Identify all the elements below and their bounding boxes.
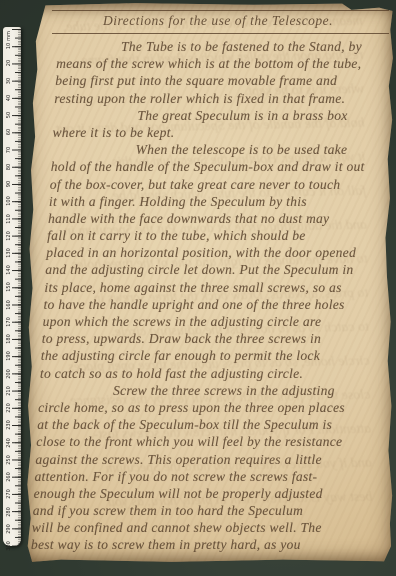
manuscript-line: placed in an horizontal position, with t… xyxy=(46,244,394,261)
ruler-tick-label: 270 xyxy=(6,488,12,500)
ruler-tick-label: 300 xyxy=(6,540,12,552)
ruler-tick-label: 90 xyxy=(6,178,12,190)
manuscript-line: The Tube is to be fastened to the Stand,… xyxy=(121,38,394,55)
page-title: Directions for the use of the Telescope. xyxy=(54,13,382,29)
ruler-tick-label: 170 xyxy=(6,316,12,328)
manuscript-line: resting upon the roller which is fixed i… xyxy=(54,90,394,107)
manuscript-line: will be confined and cannot shew objects… xyxy=(32,519,394,536)
manuscript-line: against the screws. This operation requi… xyxy=(35,451,394,468)
ruler-tick-label: 80 xyxy=(6,161,12,173)
ruler-tick-label: 110 xyxy=(6,213,12,225)
manuscript-line: handle with the face downwards that no d… xyxy=(48,210,394,227)
manuscript-line: best way is to screw them in pretty hard… xyxy=(31,536,394,553)
manuscript-line: enough the Speculum will not be properly… xyxy=(34,485,394,502)
manuscript-line: to press, upwards. Draw back the three s… xyxy=(42,330,394,347)
ruler-tick-label: 10 xyxy=(6,40,12,52)
manuscript-line: the adjusting circle far enough to permi… xyxy=(41,347,394,364)
ruler-tick-label: 290 xyxy=(6,523,12,535)
manuscript-line: to catch so as to hold fast the adjustin… xyxy=(40,365,394,382)
ruler-tick-label: 280 xyxy=(6,506,12,518)
ruler-tick-label: 250 xyxy=(6,454,12,466)
measurement-ruler: mm 1020304050607080901001101201301401501… xyxy=(3,27,21,546)
manuscript-line: fall on it carry it to the tube, which s… xyxy=(47,227,394,244)
manuscript-line: upon which the screws in the adjusting c… xyxy=(43,313,394,330)
ruler-tick-label: 30 xyxy=(6,75,12,87)
ruler-tick-label: 50 xyxy=(6,109,12,121)
manuscript-line: it with a finger. Holding the Speculum b… xyxy=(49,193,394,210)
ruler-tick-label: 160 xyxy=(6,299,12,311)
manuscript-line: attention. For if you do not screw the s… xyxy=(35,468,395,485)
manuscript-line: close to the front which you will feel b… xyxy=(36,433,394,450)
manuscript-line: where it is to be kept. xyxy=(53,124,395,141)
ruler-tick-label: 260 xyxy=(6,471,12,483)
manuscript-text: The Tube is to be fastened to the Stand,… xyxy=(24,38,394,554)
photographed-document-scene: mm 1020304050607080901001101201301401501… xyxy=(0,0,396,576)
manuscript-line: hold of the handle of the Speculum-box a… xyxy=(51,158,394,175)
manuscript-line: its place, home against the three small … xyxy=(44,279,394,296)
manuscript-page: means of the screw which is at the botto… xyxy=(24,2,394,563)
ruler-ticks xyxy=(11,29,21,546)
manuscript-line: When the telescope is to be used take xyxy=(136,141,394,158)
ruler-tick-label: 240 xyxy=(6,437,12,449)
manuscript-line: being first put into the square movable … xyxy=(55,72,394,89)
header-rule-bottom xyxy=(52,33,389,34)
ruler-tick-label: 20 xyxy=(6,57,12,69)
ruler-tick-label: 150 xyxy=(6,281,12,293)
ruler-tick-label: 40 xyxy=(6,92,12,104)
manuscript-line: means of the screw which is at the botto… xyxy=(56,55,394,72)
ruler-tick-label: 140 xyxy=(6,264,12,276)
manuscript-line: to have the handle upright and one of th… xyxy=(44,296,395,313)
manuscript-line: circle home, so as to press upon the thr… xyxy=(38,399,394,416)
ruler-tick-label: 60 xyxy=(6,126,12,138)
header-rule-top xyxy=(52,10,389,11)
ruler-tick-label: 180 xyxy=(6,333,12,345)
ruler-tick-label: 190 xyxy=(6,350,12,362)
manuscript-line: Screw the three screws in the adjusting xyxy=(113,382,394,399)
ruler-tick-label: 100 xyxy=(6,195,12,207)
ruler-tick-label: 130 xyxy=(6,247,12,259)
manuscript-line: and if you screw them in too hard the Sp… xyxy=(33,502,394,519)
ruler-tick-label: 200 xyxy=(6,368,12,380)
ruler-tick-label: 220 xyxy=(6,402,12,414)
manuscript-line: of the box-cover, but take great care ne… xyxy=(50,176,394,193)
ruler-tick-label: 210 xyxy=(6,385,12,397)
manuscript-line: The great Speculum is in a brass box xyxy=(137,107,394,124)
ruler-tick-label: 120 xyxy=(6,230,12,242)
manuscript-line: and the adjusting circle let down. Put t… xyxy=(45,261,394,278)
ruler-tick-label: 70 xyxy=(6,144,12,156)
ruler-tick-label: 230 xyxy=(6,419,12,431)
manuscript-line: at the back of the Speculum-box till the… xyxy=(37,416,394,433)
